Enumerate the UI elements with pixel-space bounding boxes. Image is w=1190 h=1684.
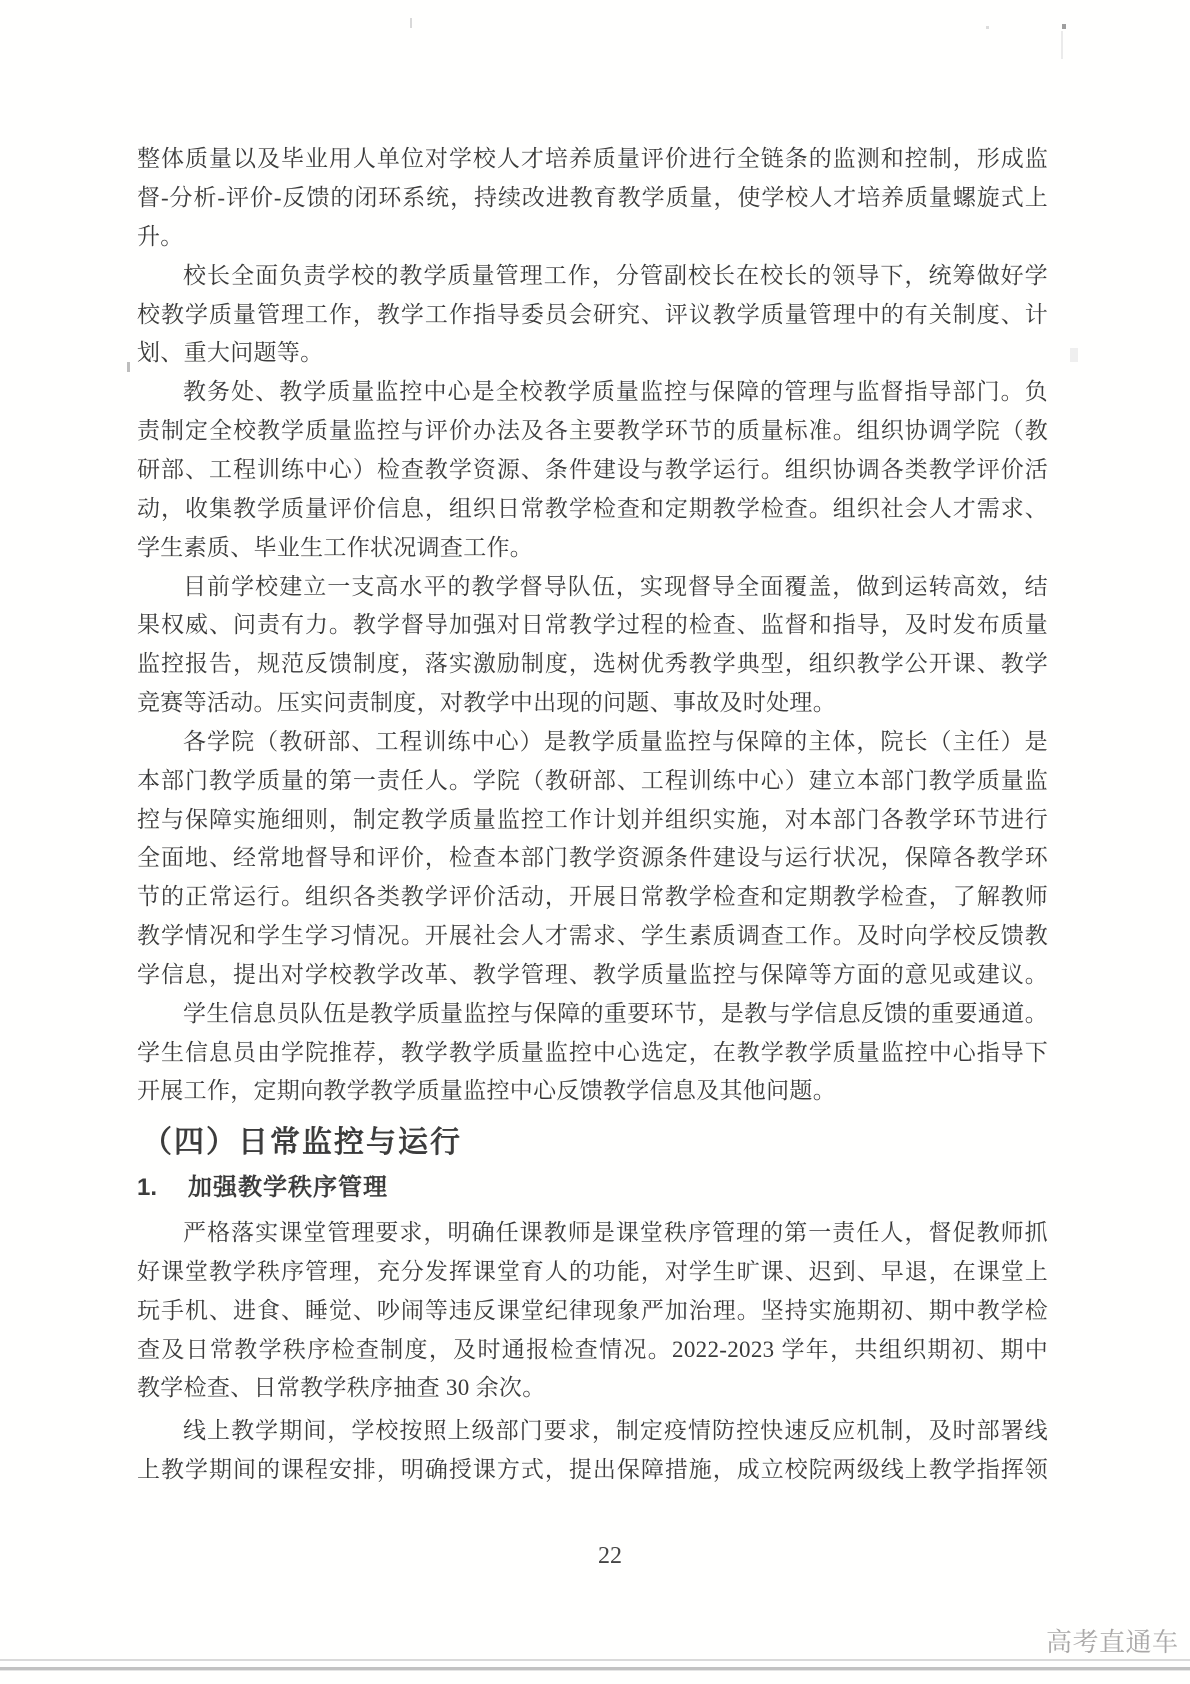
text-line: 研部、工程训练中心）检查教学资源、条件建设与教学运行。组织协调各类教学评价活 bbox=[137, 451, 1048, 490]
text-line: 教务处、教学质量监控中心是全校教学质量监控与保障的管理与监督指导部门。负 bbox=[137, 373, 1048, 412]
text-line: 节的正常运行。组织各类教学评价活动，开展日常教学检查和定期教学检查，了解教师 bbox=[137, 878, 1048, 917]
text-line: 学生信息员由学院推荐，教学教学质量监控中心选定，在教学教学质量监控中心指导下 bbox=[137, 1034, 1048, 1073]
text-line: 校教学质量管理工作，教学工作指导委员会研究、评议教学质量管理中的有关制度、计 bbox=[137, 296, 1048, 335]
paragraph: 线上教学期间，学校按照上级部门要求，制定疫情防控快速反应机制，及时部署线 上教学… bbox=[137, 1412, 1048, 1490]
text-line: 果权威、问责有力。教学督导加强对日常教学过程的检查、监督和指导，及时发布质量 bbox=[137, 606, 1048, 645]
text-line: 动，收集教学质量评价信息，组织日常教学检查和定期教学检查。组织社会人才需求、 bbox=[137, 490, 1048, 529]
footer-divider-line bbox=[0, 1659, 1190, 1661]
paragraph: 校长全面负责学校的教学质量管理工作，分管副校长在校长的领导下，统筹做好学 校教学… bbox=[137, 257, 1048, 374]
footer-divider-line bbox=[0, 1667, 1190, 1671]
text-line: 整体质量以及毕业用人单位对学校人才培养质量评价进行全链条的监测和控制，形成监 bbox=[137, 140, 1048, 179]
text-line: 本部门教学质量的第一责任人。学院（教研部、工程训练中心）建立本部门教学质量监 bbox=[137, 762, 1048, 801]
text-line: 学生素质、毕业生工作状况调查工作。 bbox=[137, 529, 1048, 568]
scan-artifact bbox=[410, 18, 412, 28]
text-line: 学生信息员队伍是教学质量监控与保障的重要环节，是教与学信息反馈的重要通道。 bbox=[137, 995, 1048, 1034]
text-line: 全面地、经常地督导和评价，检查本部门教学资源条件建设与运行状况，保障各教学环 bbox=[137, 839, 1048, 878]
text-line: 教学检查、日常教学秩序抽查 30 余次。 bbox=[137, 1369, 1048, 1408]
text-line: 目前学校建立一支高水平的教学督导队伍，实现督导全面覆盖，做到运转高效，结 bbox=[137, 568, 1048, 607]
paragraph: 目前学校建立一支高水平的教学督导队伍，实现督导全面覆盖，做到运转高效，结 果权威… bbox=[137, 568, 1048, 723]
watermark-text: 高考直通车 bbox=[1046, 1628, 1186, 1656]
scan-artifact bbox=[1061, 31, 1063, 59]
sub-heading: 1. 加强教学秩序管理 bbox=[0, 1171, 1190, 1205]
text-line: 划、重大问题等。 bbox=[137, 334, 1048, 373]
text-line: 竞赛等活动。压实问责制度，对教学中出现的问题、事故及时处理。 bbox=[137, 684, 1048, 723]
text-line: 责制定全校教学质量监控与评价办法及各主要教学环节的质量标准。组织协调学院（教 bbox=[137, 412, 1048, 451]
text-line: 督-分析-评价-反馈的闭环系统，持续改进教育教学质量，使学校人才培养质量螺旋式上 bbox=[137, 179, 1048, 218]
text-line: 各学院（教研部、工程训练中心）是教学质量监控与保障的主体，院长（主任）是 bbox=[137, 723, 1048, 762]
document-page: 整体质量以及毕业用人单位对学校人才培养质量评价进行全链条的监测和控制，形成监 督… bbox=[0, 0, 1190, 1684]
scan-artifact bbox=[127, 362, 130, 372]
text-line: 好课堂教学秩序管理，充分发挥课堂育人的功能，对学生旷课、迟到、早退，在课堂上 bbox=[137, 1253, 1048, 1292]
text-line: 校长全面负责学校的教学质量管理工作，分管副校长在校长的领导下，统筹做好学 bbox=[137, 257, 1048, 296]
text-line: 教学情况和学生学习情况。开展社会人才需求、学生素质调查工作。及时向学校反馈教 bbox=[137, 917, 1048, 956]
text-line: 线上教学期间，学校按照上级部门要求，制定疫情防控快速反应机制，及时部署线 bbox=[137, 1412, 1048, 1451]
paragraph: 学生信息员队伍是教学质量监控与保障的重要环节，是教与学信息反馈的重要通道。 学生… bbox=[137, 995, 1048, 1112]
paragraph: 教务处、教学质量监控中心是全校教学质量监控与保障的管理与监督指导部门。负 责制定… bbox=[137, 373, 1048, 567]
section-heading: （四）日常监控与运行 bbox=[142, 1122, 842, 1164]
text-line: 监控报告，规范反馈制度，落实激励制度，选树优秀教学典型，组织教学公开课、教学 bbox=[137, 645, 1048, 684]
text-line: 严格落实课堂管理要求，明确任课教师是课堂秩序管理的第一责任人，督促教师抓 bbox=[137, 1214, 1048, 1253]
text-line: 查及日常教学秩序检查制度，及时通报检查情况。2022-2023 学年，共组织期初… bbox=[137, 1331, 1048, 1370]
page-number: 22 bbox=[570, 1542, 650, 1570]
text-line: 学信息，提出对学校教学改革、教学管理、教学质量监控与保障等方面的意见或建议。 bbox=[137, 956, 1048, 995]
text-line: 上教学期间的课程安排，明确授课方式，提出保障措施，成立校院两级线上教学指挥领 bbox=[137, 1451, 1048, 1490]
text-line: 玩手机、进食、睡觉、吵闹等违反课堂纪律现象严加治理。坚持实施期初、期中教学检 bbox=[137, 1292, 1048, 1331]
text-line: 控与保障实施细则，制定教学质量监控工作计划并组织实施，对本部门各教学环节进行 bbox=[137, 801, 1048, 840]
paragraph: 各学院（教研部、工程训练中心）是教学质量监控与保障的主体，院长（主任）是 本部门… bbox=[137, 723, 1048, 995]
scan-artifact bbox=[1062, 24, 1066, 29]
paragraph: 整体质量以及毕业用人单位对学校人才培养质量评价进行全链条的监测和控制，形成监 督… bbox=[137, 140, 1048, 257]
text-line: 升。 bbox=[137, 218, 1048, 257]
sub-heading-title: 加强教学秩序管理 bbox=[188, 1171, 388, 1205]
sub-heading-number: 1. bbox=[137, 1171, 157, 1205]
paragraph: 严格落实课堂管理要求，明确任课教师是课堂秩序管理的第一责任人，督促教师抓 好课堂… bbox=[137, 1214, 1048, 1408]
text-line: 开展工作，定期向教学教学质量监控中心反馈教学信息及其他问题。 bbox=[137, 1072, 1048, 1111]
scan-artifact bbox=[986, 26, 989, 29]
scan-artifact bbox=[1070, 348, 1078, 362]
